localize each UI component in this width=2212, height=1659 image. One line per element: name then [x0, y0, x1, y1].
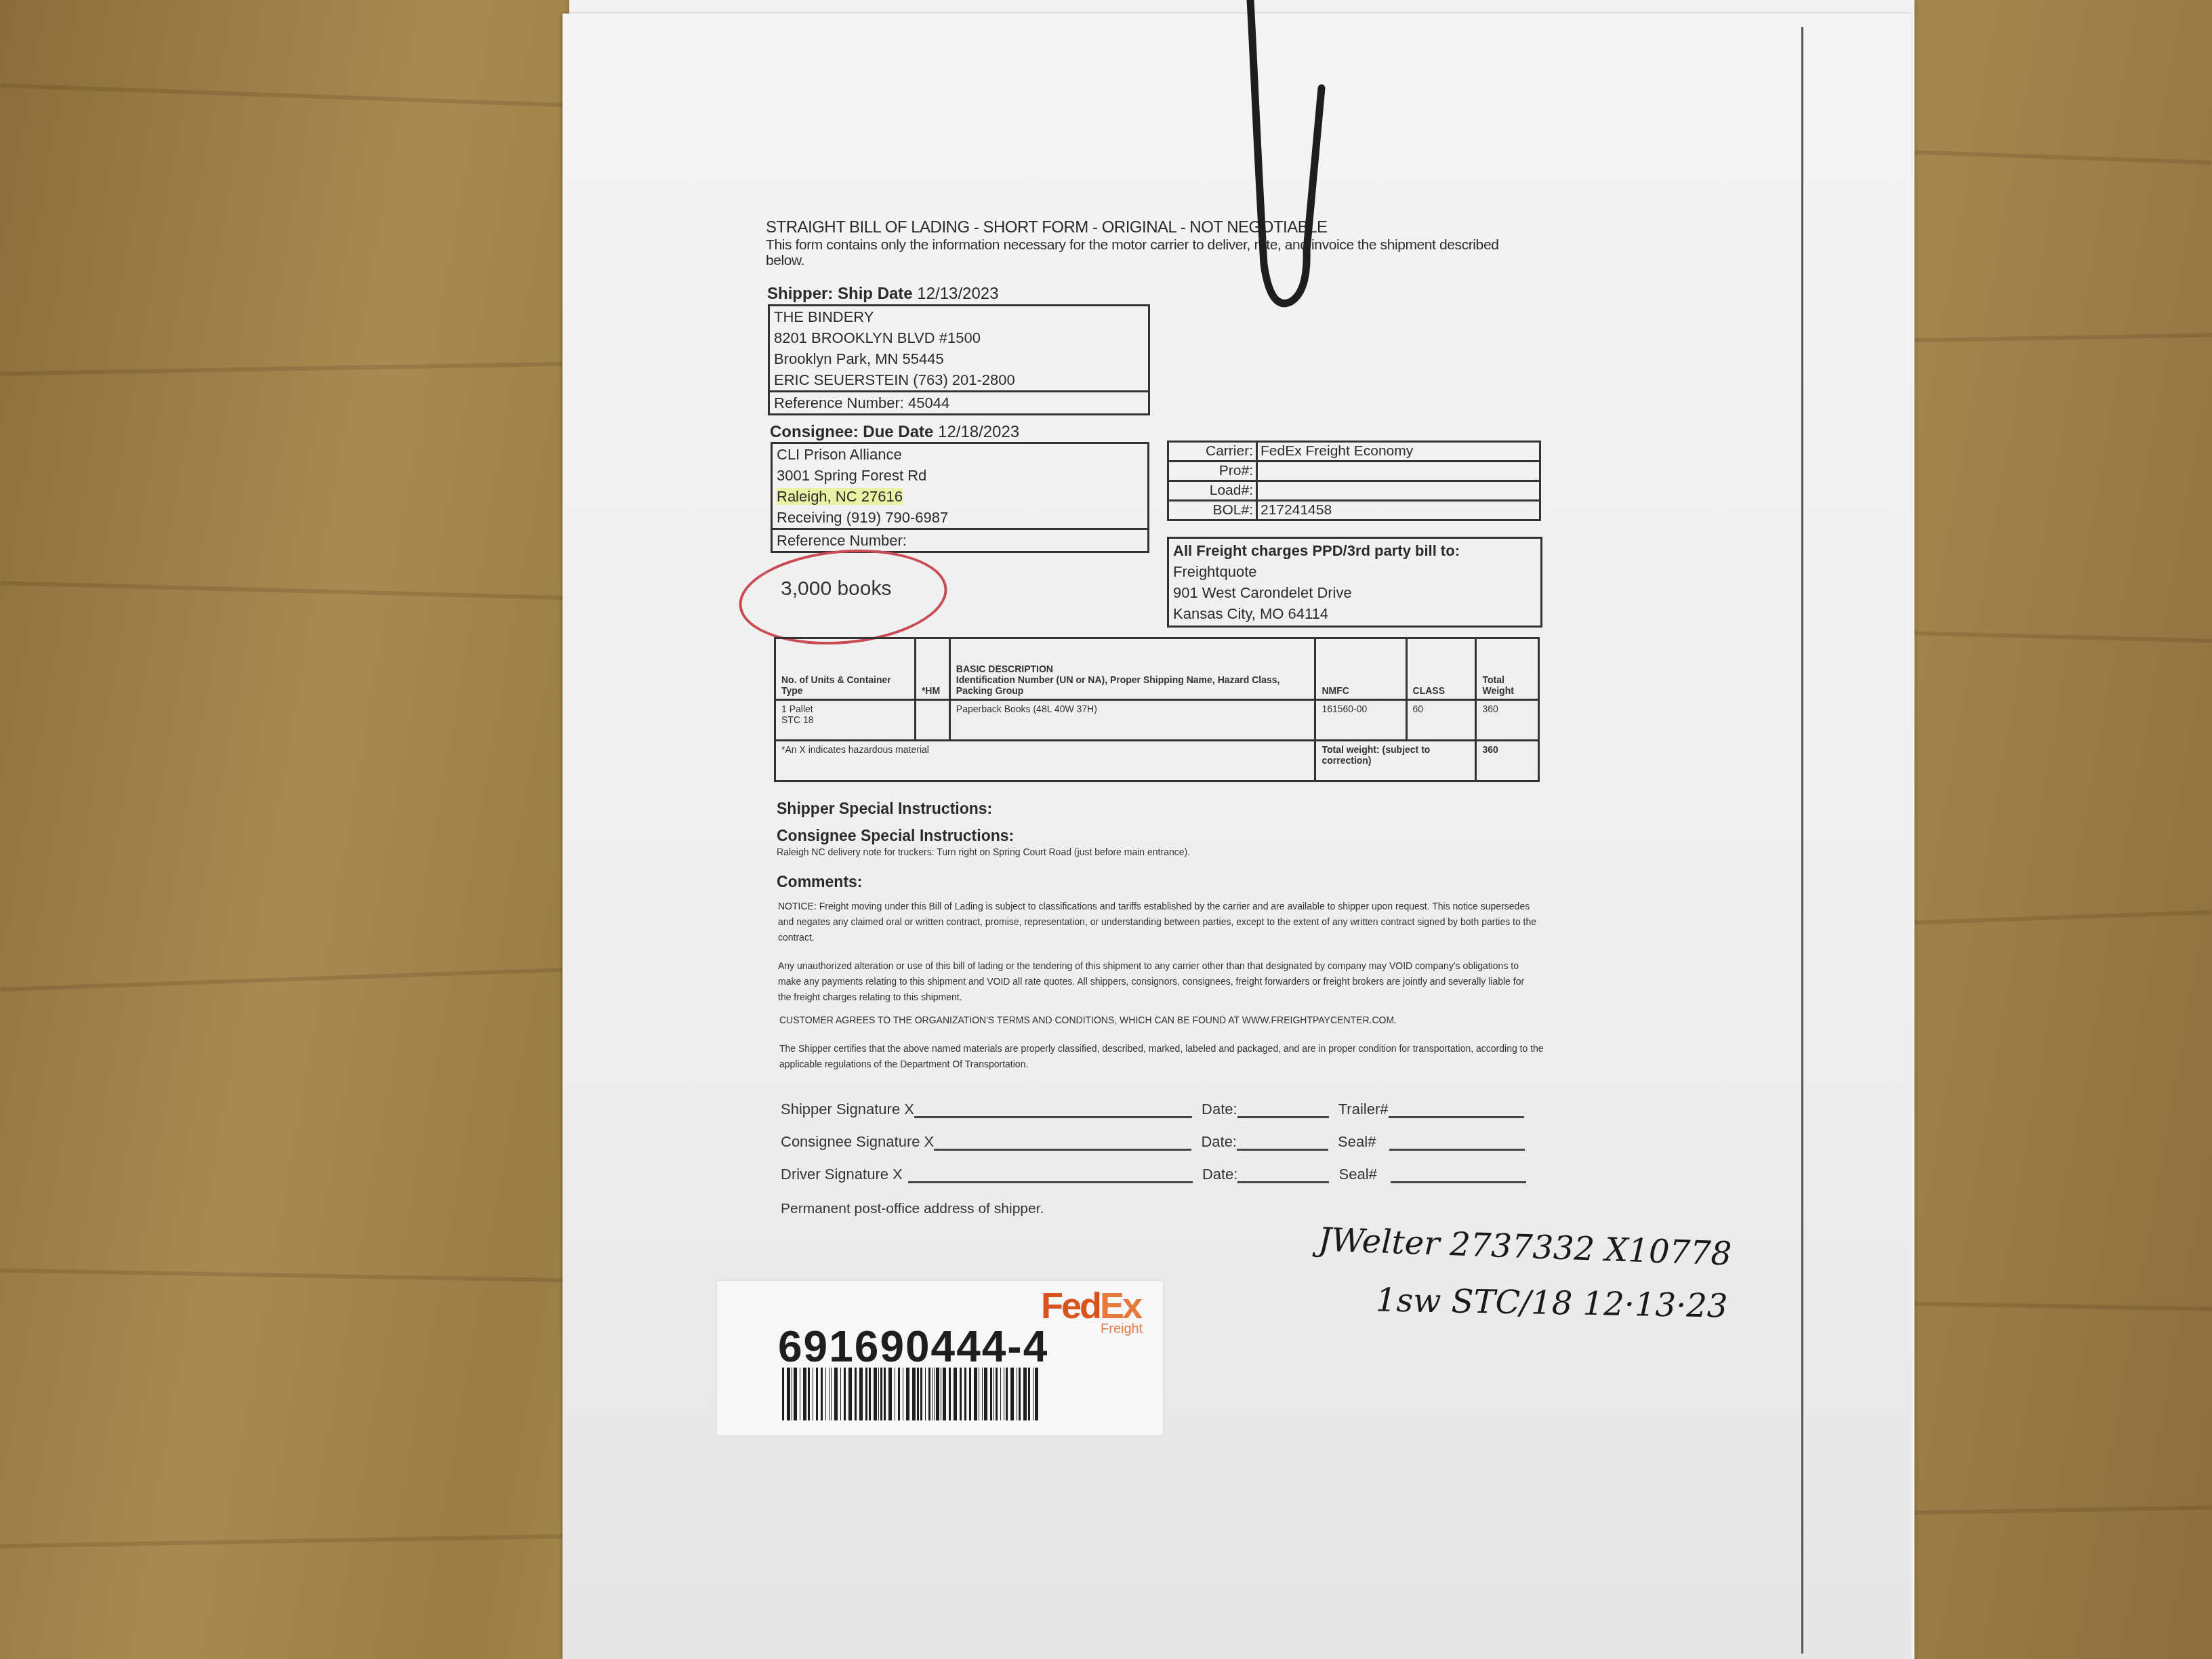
document-subtitle: This form contains only the information … — [766, 237, 1525, 268]
seal-label: Seal# — [1338, 1133, 1376, 1150]
hazmat-note: *An X indicates hazardous material — [775, 741, 1315, 781]
col-hm: *HM — [915, 638, 949, 700]
shipper-heading: Shipper: Ship Date 12/13/2023 — [767, 285, 998, 304]
due-date: 12/18/2023 — [938, 423, 1019, 441]
shipper-heading-label: Shipper: Ship Date — [767, 285, 913, 303]
freight-table: No. of Units & Container Type *HM BASIC … — [774, 637, 1540, 782]
load-label: Load#: — [1168, 481, 1257, 501]
pro-row: Pro#: — [1168, 462, 1540, 481]
hm-cell — [915, 700, 949, 741]
seal-line — [1391, 1166, 1526, 1183]
consignee-instructions-text: Raleigh NC delivery note for truckers: T… — [777, 844, 1190, 860]
consignee-box: CLI Prison Alliance 3001 Spring Forest R… — [771, 442, 1149, 553]
pro-value — [1257, 462, 1540, 481]
signature-line — [934, 1134, 1191, 1151]
col-nmfc: NMFC — [1315, 638, 1406, 700]
signature-label: Driver Signature X — [781, 1166, 903, 1183]
signature-label: Consignee Signature X — [781, 1133, 934, 1150]
signature-line — [908, 1166, 1193, 1183]
consignee-heading: Consignee: Due Date 12/18/2023 — [770, 423, 1019, 442]
trailer-line — [1389, 1101, 1524, 1118]
nmfc-cell: 161560-00 — [1315, 700, 1406, 741]
billing-line: 901 West Carondelet Drive — [1169, 582, 1540, 603]
trailer-label: Trailer# — [1338, 1101, 1389, 1118]
col-weight: Total Weight — [1476, 638, 1539, 700]
description-cell: Paperback Books (48L 40W 37H) — [949, 700, 1315, 741]
consignee-reference: Reference Number: — [773, 528, 1147, 551]
legal-unauthorized: Any unauthorized alteration or use of th… — [778, 958, 1537, 1005]
load-row: Load#: — [1168, 481, 1540, 501]
billing-line: Kansas City, MO 64114 — [1169, 603, 1540, 624]
shipper-address-footer: Permanent post-office address of shipper… — [781, 1201, 1044, 1217]
ship-date: 12/13/2023 — [917, 285, 998, 303]
load-value — [1257, 481, 1540, 501]
seal-label: Seal# — [1339, 1166, 1377, 1183]
bol-value: 217241458 — [1257, 501, 1540, 520]
units-line: 1 Pallet — [781, 703, 909, 714]
pro-number: 691690444-4 — [778, 1322, 1048, 1372]
consignee-line: Receiving (919) 790-6987 — [773, 507, 1147, 528]
shipper-line: 8201 BROOKLYN BLVD #1500 — [770, 327, 1148, 348]
signature-line — [914, 1101, 1192, 1118]
fedex-logo-fed: Fed — [1041, 1286, 1100, 1326]
consignee-line: 3001 Spring Forest Rd — [773, 465, 1147, 486]
freight-table-header: No. of Units & Container Type *HM BASIC … — [775, 638, 1539, 700]
col-class: CLASS — [1406, 638, 1476, 700]
comments-heading: Comments: — [777, 873, 863, 891]
shipper-instructions-heading: Shipper Special Instructions: — [777, 800, 992, 818]
class-cell: 60 — [1406, 700, 1476, 741]
signature-label: Shipper Signature X — [781, 1101, 914, 1118]
table-row: 1 PalletSTC 18 Paperback Books (48L 40W … — [775, 700, 1539, 741]
total-weight-label: Total weight: (subject to correction) — [1315, 741, 1476, 781]
page-edge-line — [1801, 27, 1803, 1654]
barcode — [782, 1368, 1101, 1420]
paperclip-icon — [1240, 0, 1376, 319]
fedex-freight-label: Freight — [1101, 1322, 1143, 1337]
date-line — [1237, 1134, 1328, 1151]
fedex-logo-ex: Ex — [1100, 1286, 1141, 1326]
billing-heading: All Freight charges PPD/3rd party bill t… — [1169, 540, 1540, 561]
total-weight-value: 360 — [1476, 741, 1539, 781]
table-footer-row: *An X indicates hazardous material Total… — [775, 741, 1539, 781]
billing-line: Freightquote — [1169, 561, 1540, 582]
consignee-heading-label: Consignee: Due Date — [770, 423, 933, 441]
date-line — [1237, 1166, 1329, 1183]
shipper-line: ERIC SEUERSTEIN (763) 201-2800 — [770, 369, 1148, 390]
legal-certification: The Shipper certifies that the above nam… — [779, 1041, 1545, 1072]
weight-cell: 360 — [1476, 700, 1539, 741]
pro-label: Pro#: — [1168, 462, 1257, 481]
carrier-table: Carrier:FedEx Freight Economy Pro#: Load… — [1167, 441, 1541, 521]
billing-box: All Freight charges PPD/3rd party bill t… — [1167, 537, 1542, 628]
date-label: Date: — [1202, 1166, 1238, 1183]
shipper-box: THE BINDERY 8201 BROOKLYN BLVD #1500 Bro… — [768, 304, 1150, 415]
consignee-instructions-heading: Consignee Special Instructions: — [777, 827, 1014, 845]
carrier-value: FedEx Freight Economy — [1257, 442, 1540, 462]
consignee-line: CLI Prison Alliance — [773, 444, 1147, 465]
shipper-line: THE BINDERY — [770, 306, 1148, 327]
shipper-signature-row: Shipper Signature X Date: Trailer# — [781, 1101, 1524, 1118]
consignee-signature-row: Consignee Signature X Date: Seal# — [781, 1133, 1525, 1151]
col-units: No. of Units & Container Type — [775, 638, 916, 700]
consignee-city-highlighted: Raleigh, NC 27616 — [777, 488, 903, 505]
date-label: Date: — [1202, 1101, 1237, 1118]
circled-note: 3,000 books — [781, 577, 891, 600]
seal-line — [1389, 1134, 1525, 1151]
col-desc-sub: Identification Number (UN or NA), Proper… — [956, 674, 1309, 696]
carrier-row: Carrier:FedEx Freight Economy — [1168, 442, 1540, 462]
col-desc-title: BASIC DESCRIPTION — [956, 663, 1309, 674]
legal-terms: CUSTOMER AGREES TO THE ORGANIZATION'S TE… — [779, 1012, 1545, 1028]
date-line — [1237, 1101, 1329, 1118]
legal-notice: NOTICE: Freight moving under this Bill o… — [778, 899, 1537, 945]
bol-row: BOL#:217241458 — [1168, 501, 1540, 520]
shipper-reference: Reference Number: 45044 — [770, 390, 1148, 413]
bol-label: BOL#: — [1168, 501, 1257, 520]
date-label: Date: — [1201, 1133, 1237, 1150]
shipper-line: Brooklyn Park, MN 55445 — [770, 348, 1148, 369]
driver-signature-row: Driver Signature X Date: Seal# — [781, 1166, 1526, 1183]
units-line: STC 18 — [781, 714, 909, 725]
fedex-logo: FedEx — [1041, 1285, 1141, 1327]
carrier-label: Carrier: — [1168, 442, 1257, 462]
fedex-freight-sticker: FedEx Freight 691690444-4 — [717, 1281, 1163, 1435]
handwritten-note-line2: 1sw STC/18 12·13·23 — [1376, 1281, 1728, 1325]
